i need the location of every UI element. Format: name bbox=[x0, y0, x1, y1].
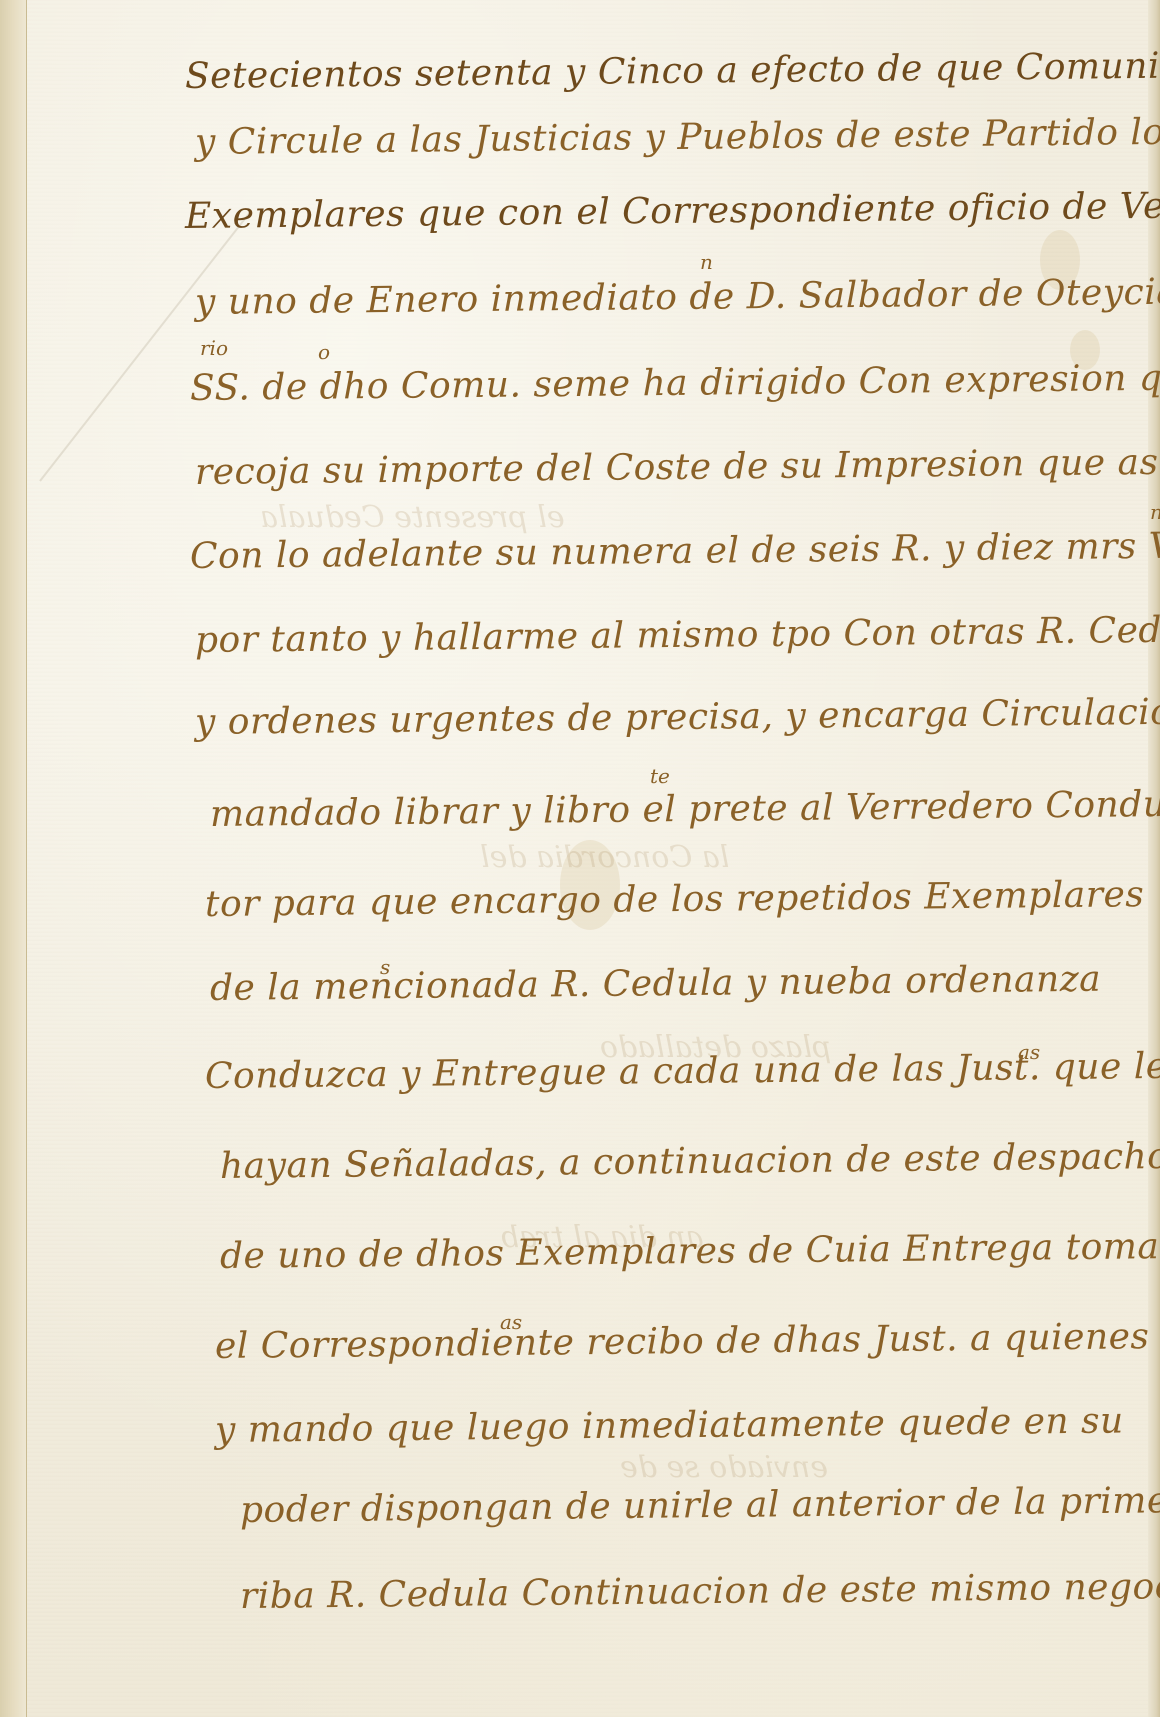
superscript-abbreviation: as bbox=[1018, 1040, 1040, 1064]
manuscript-line-8: por tanto y hallarme al mismo tpo Con ot… bbox=[195, 609, 1160, 661]
manuscript-line-1: Setecientos setenta y Cinco a efecto de … bbox=[185, 45, 1160, 97]
manuscript-line-4: y uno de Enero inmediato de D. Salbador … bbox=[195, 272, 1160, 323]
manuscript-line-14: hayan Señaladas, a continuacion de este … bbox=[220, 1136, 1160, 1187]
manuscript-line-5: SS. de dho Comu. seme ha dirigido Con ex… bbox=[190, 357, 1160, 409]
manuscript-line-18: poder dispongan de unirle al anterior de… bbox=[240, 1480, 1160, 1531]
superscript-abbreviation: rio bbox=[200, 336, 228, 360]
manuscript-line-13: Conduzca y Entregue a cada una de las Ju… bbox=[205, 1046, 1160, 1097]
superscript-abbreviation: te bbox=[650, 764, 670, 788]
manuscript-line-6: recoja su importe del Coste de su Impres… bbox=[195, 441, 1160, 493]
manuscript-line-15: de uno de dhos Exemplares de Cuia Entreg… bbox=[220, 1226, 1160, 1277]
superscript-abbreviation: n bbox=[700, 250, 713, 274]
manuscript-line-3: Exemplares que con el Correspondiente of… bbox=[185, 185, 1160, 237]
manuscript-line-19: riba R. Cedula Continuacion de este mism… bbox=[240, 1566, 1160, 1617]
manuscript-line-16: el Correspondiente recibo de dhas Just. … bbox=[215, 1314, 1160, 1367]
page-binding-edge bbox=[0, 0, 27, 1717]
superscript-abbreviation: o bbox=[318, 340, 330, 364]
page-right-edge bbox=[1148, 0, 1160, 1717]
manuscript-line-10: mandado librar y libro el prete al Verre… bbox=[210, 784, 1160, 835]
superscript-abbreviation: n bbox=[1150, 500, 1160, 524]
manuscript-line-11: tor para que encargo de los repetidos Ex… bbox=[205, 874, 1145, 925]
superscript-abbreviation: as bbox=[500, 1310, 522, 1334]
manuscript-line-17: y mando que luego inmediatamente quede e… bbox=[215, 1400, 1124, 1451]
bleed-through-text: el presente Ceduala bbox=[260, 500, 565, 535]
manuscript-line-2: y Circule a las Justicias y Pueblos de e… bbox=[195, 110, 1160, 163]
manuscript-page: el presente Ceduala la Concordia del pla… bbox=[0, 0, 1160, 1717]
superscript-abbreviation: s bbox=[380, 955, 390, 979]
manuscript-line-9: y ordenes urgentes de precisa, y encarga… bbox=[195, 691, 1160, 743]
bleed-through-text: la Concordia del bbox=[480, 840, 729, 875]
manuscript-line-12: de la mencionada R. Cedula y nueba orden… bbox=[210, 959, 1102, 1009]
bleed-through-text: enviado se de bbox=[620, 1450, 828, 1485]
